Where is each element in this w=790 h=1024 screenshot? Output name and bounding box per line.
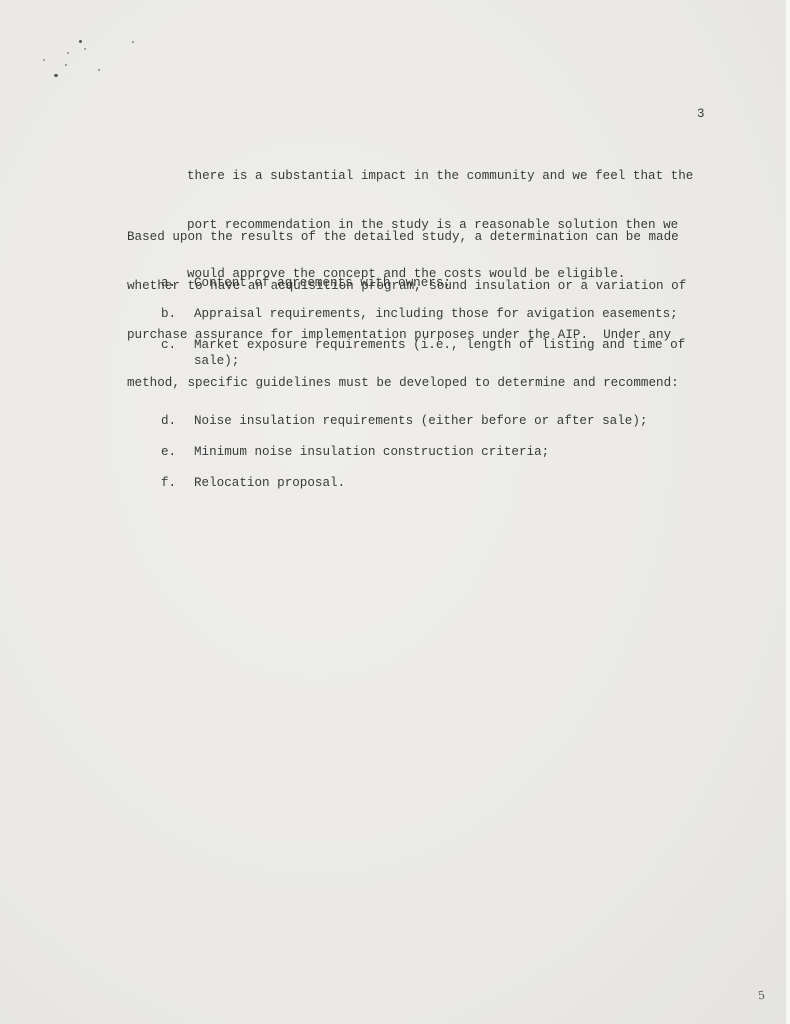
list-marker: d. [161, 413, 194, 429]
list-text: Market exposure requirements (i.e., leng… [194, 337, 685, 369]
list-marker: c. [161, 337, 194, 369]
text-line: method, specific guidelines must be deve… [127, 375, 686, 391]
list-marker: f. [161, 475, 194, 491]
list-item: f. Relocation proposal. [161, 475, 345, 491]
list-item: a. Content of agreements with owners; [161, 275, 451, 291]
text-line: Based upon the results of the detailed s… [127, 229, 686, 245]
list-marker: a. [161, 275, 194, 291]
list-item: d. Noise insulation requirements (either… [161, 413, 647, 429]
list-text: Appraisal requirements, including those … [194, 306, 678, 322]
list-item: c. Market exposure requirements (i.e., l… [161, 337, 685, 369]
page-edge [786, 0, 790, 1024]
text-line: there is a substantial impact in the com… [187, 168, 693, 184]
list-marker: e. [161, 444, 194, 460]
list-text: Relocation proposal. [194, 475, 345, 491]
list-item: e. Minimum noise insulation construction… [161, 444, 549, 460]
list-text: Minimum noise insulation construction cr… [194, 444, 549, 460]
list-marker: b. [161, 306, 194, 322]
handwritten-corner-mark: 5 [757, 989, 766, 1003]
list-text: Noise insulation requirements (either be… [194, 413, 647, 429]
document-page: 3 there is a substantial impact in the c… [0, 0, 790, 1024]
list-item: b. Appraisal requirements, including tho… [161, 306, 678, 322]
page-number: 3 [697, 107, 705, 121]
list-text: Content of agreements with owners; [194, 275, 451, 291]
